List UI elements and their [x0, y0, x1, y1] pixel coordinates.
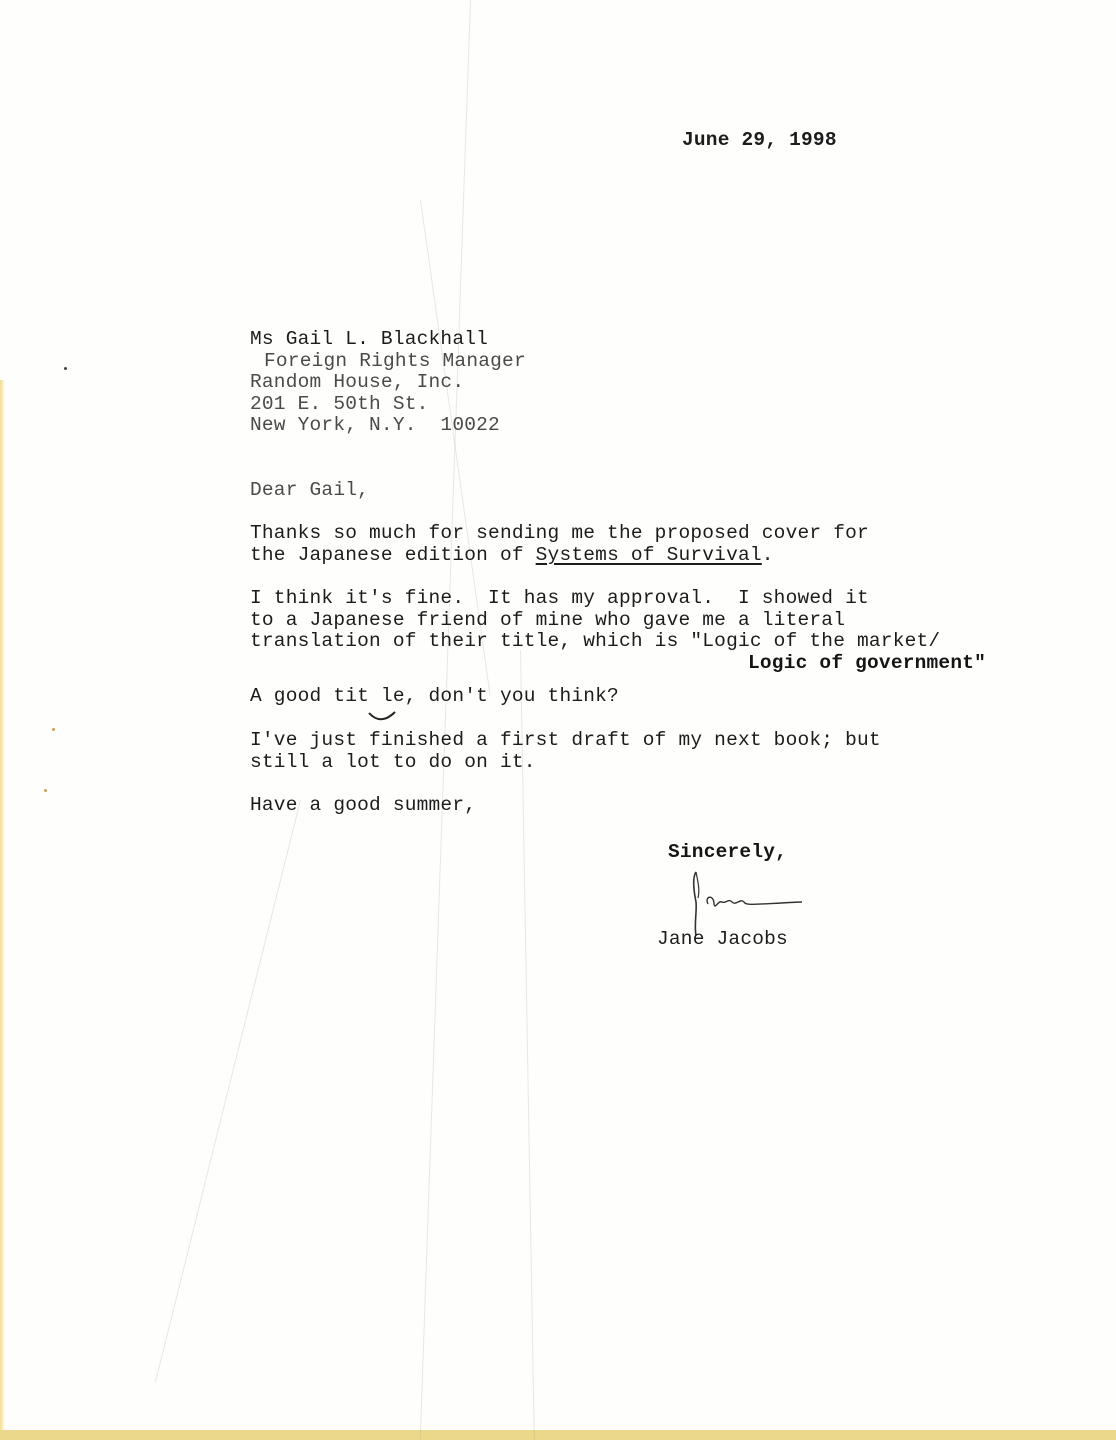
- paragraph-1-line-1: Thanks so much for sending me the propos…: [250, 522, 869, 544]
- paragraph-1-line-2-suffix: .: [762, 544, 774, 566]
- recipient-name: Ms Gail L. Blackhall: [250, 328, 488, 350]
- letter-date: June 29, 1998: [682, 129, 837, 151]
- paragraph-2-line-3: translation of their title, which is "Lo…: [250, 630, 940, 652]
- paragraph-3-line-1: A good tit le, don't you think?: [250, 685, 619, 707]
- letter-page: June 29, 1998 Ms Gail L. Blackhall Forei…: [0, 0, 1116, 1440]
- paper-edge-bottom: [0, 1430, 1116, 1440]
- recipient-city: New York, N.Y. 10022: [250, 414, 500, 436]
- book-title: Systems of Survival: [536, 544, 762, 566]
- paragraph-5-line-1: Have a good summer,: [250, 794, 476, 816]
- paper-speck: [52, 728, 55, 731]
- signer-name: Jane Jacobs: [657, 928, 788, 950]
- salutation: Dear Gail,: [250, 479, 369, 501]
- paragraph-2-line-2: to a Japanese friend of mine who gave me…: [250, 609, 845, 631]
- correction-mark-icon: [367, 710, 397, 724]
- paragraph-1-line-2-prefix: the Japanese edition of: [250, 544, 536, 566]
- recipient-title: Foreign Rights Manager: [264, 350, 526, 372]
- paragraph-2-line-1: I think it's fine. It has my approval. I…: [250, 587, 869, 609]
- recipient-company: Random House, Inc.: [250, 371, 464, 393]
- paper-edge-left: [0, 380, 5, 1440]
- pencil-trace: [155, 800, 301, 1382]
- paragraph-2-line-4: Logic of government": [748, 652, 986, 674]
- paper-speck: [44, 789, 47, 792]
- paragraph-4-line-2: still a lot to do on it.: [250, 751, 536, 773]
- pencil-trace: [420, 0, 471, 1439]
- paper-speck: [64, 367, 67, 370]
- paragraph-1-line-2: the Japanese edition of Systems of Survi…: [250, 544, 774, 566]
- recipient-street: 201 E. 50th St.: [250, 393, 429, 415]
- closing: Sincerely,: [668, 841, 787, 863]
- paragraph-4-line-1: I've just finished a first draft of my n…: [250, 729, 881, 751]
